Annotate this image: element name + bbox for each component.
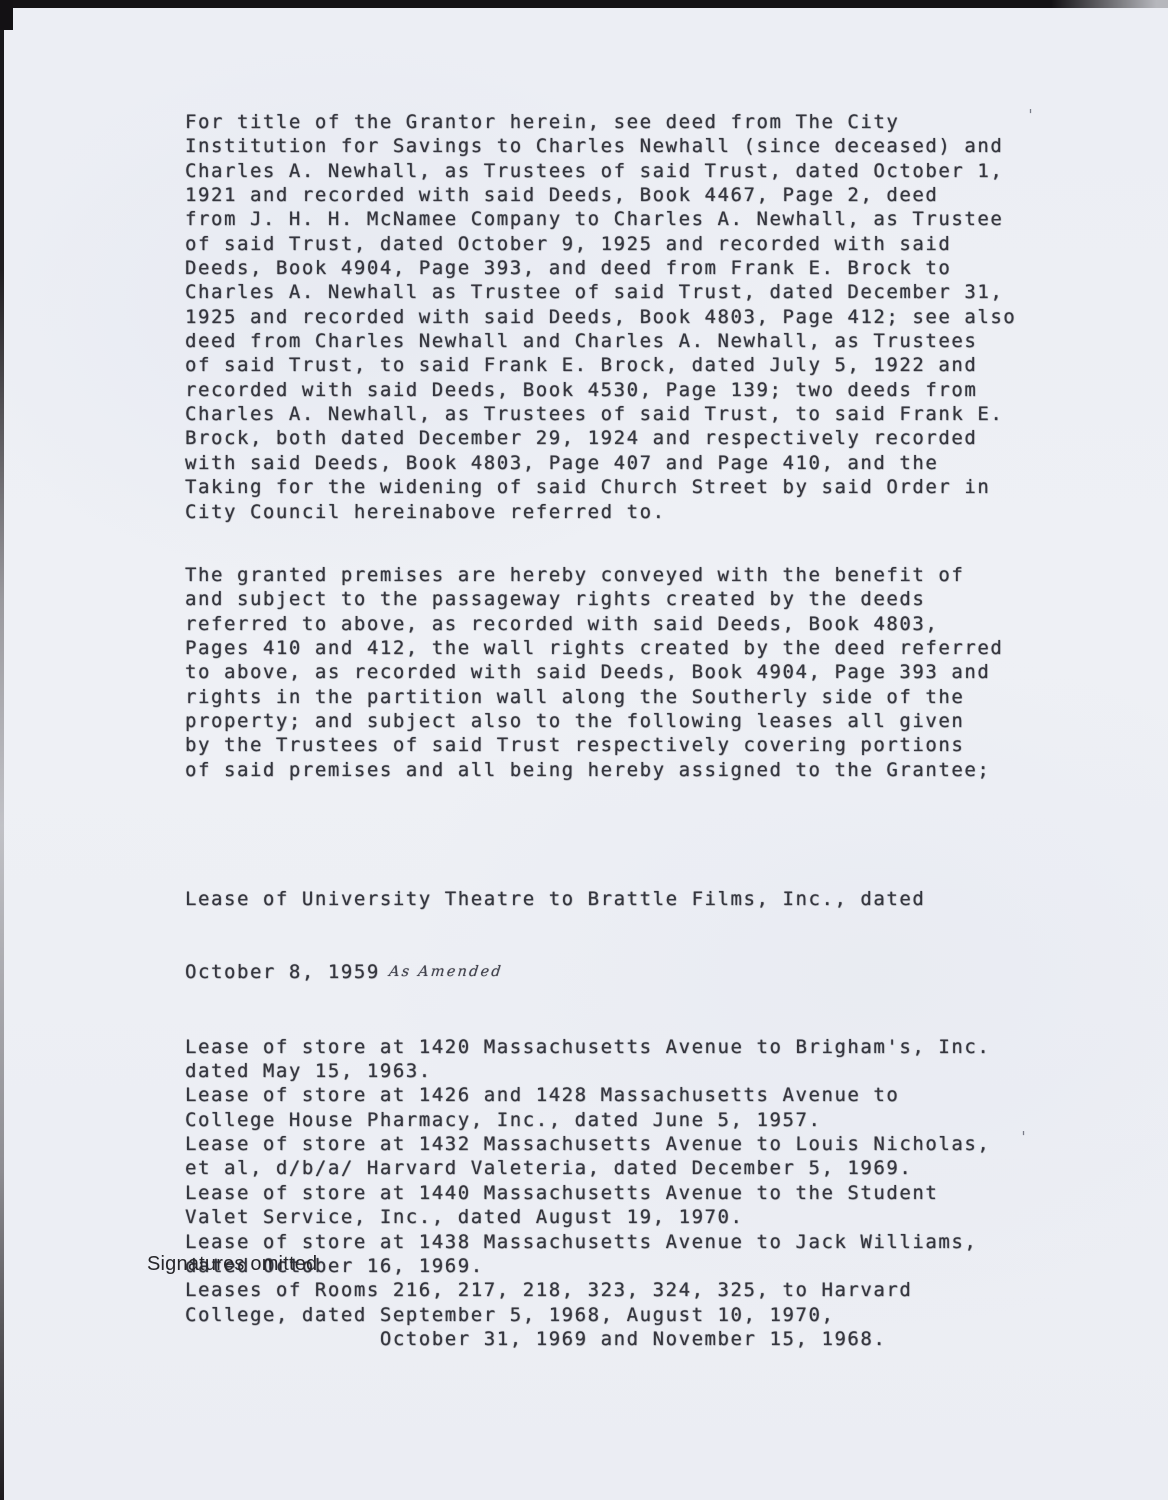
scan-edge-top: [0, 0, 1168, 8]
signatures-omitted-note: Signatures omitted: [147, 1253, 317, 1276]
scanned-document-page: For title of the Grantor herein, see dee…: [0, 0, 1168, 1500]
scan-edge-left: [0, 0, 4, 1500]
paragraph-premises-conveyance: The granted premises are hereby conveyed…: [185, 563, 1003, 782]
lease-list: Lease of University Theatre to Brattle F…: [185, 838, 990, 1400]
lease-line-university-theatre: Lease of University Theatre to Brattle F…: [185, 887, 990, 911]
handwritten-as-amended-annotation: As Amended: [388, 960, 504, 984]
scan-speck-artifact: ': [1019, 1128, 1028, 1146]
scan-speck-artifact: ': [1026, 106, 1035, 124]
lease-line-date-with-annotation: October 8, 1959As Amended: [185, 960, 990, 986]
paragraph-title-recitals: For title of the Grantor herein, see dee…: [185, 110, 1016, 524]
lease-date-text: October 8, 1959: [185, 961, 380, 983]
lease-lines-remaining: Lease of store at 1420 Massachusetts Ave…: [185, 1035, 990, 1351]
scan-edge-corner: [0, 0, 13, 30]
